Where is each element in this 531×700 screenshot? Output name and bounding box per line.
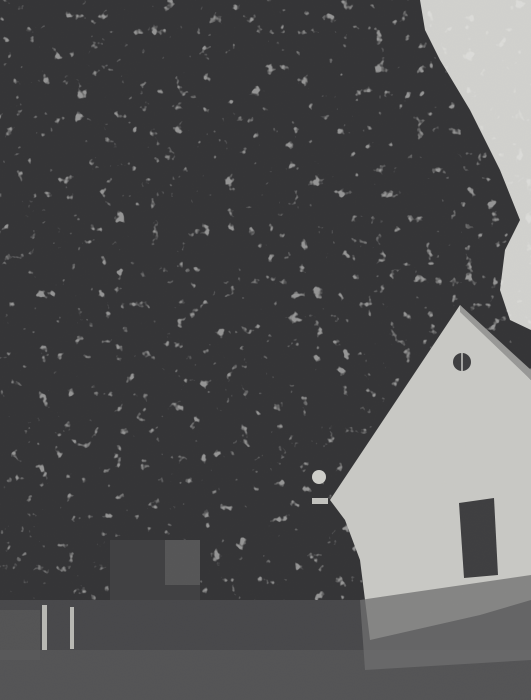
photo-canvas bbox=[0, 0, 531, 700]
newspaper-photo bbox=[0, 0, 531, 700]
